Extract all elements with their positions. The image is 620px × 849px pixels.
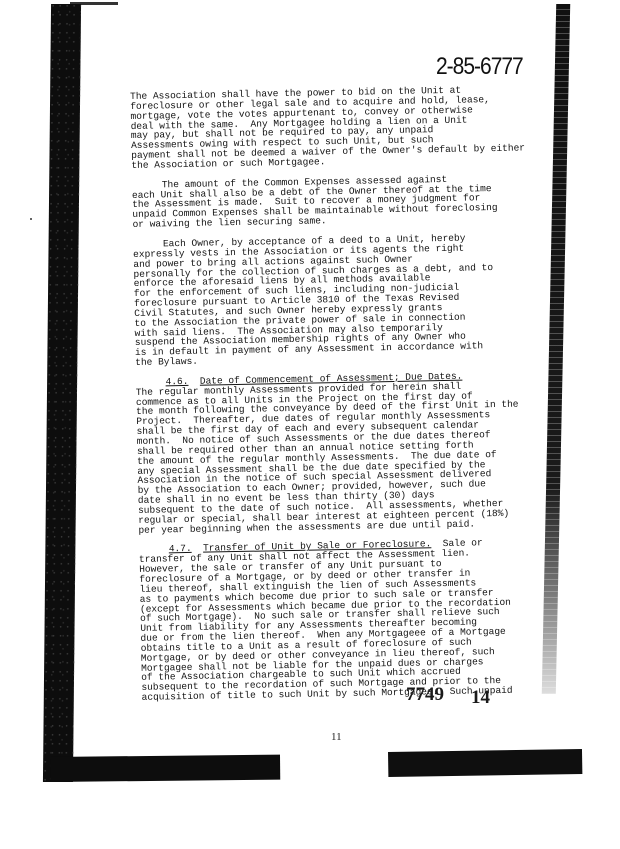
- scan-speck: [30, 218, 32, 220]
- document-number: 2-85-6777: [436, 53, 523, 81]
- scan-border-left: [43, 4, 81, 782]
- recording-stamp-number: 7749: [406, 684, 444, 706]
- scan-border-bottom-left: [50, 755, 280, 782]
- paragraph-section-4-7: 4.7. Transfer of Unit by Sale or Foreclo…: [139, 537, 562, 703]
- page-number: 11: [331, 731, 342, 743]
- paragraph-owner-vests: Each Owner, by acceptance of a deed to a…: [133, 232, 555, 368]
- paragraph-power-to-bid: The Association shall have the power to …: [130, 84, 551, 171]
- recording-stamp-page: 14: [471, 687, 490, 709]
- paragraph-section-4-6: 4.6. Date of Commencement of Assessment;…: [135, 370, 558, 536]
- scan-border-bottom-right: [388, 749, 582, 777]
- document-body: The Association shall have the power to …: [130, 84, 562, 713]
- paragraph-common-expenses: The amount of the Common Expenses assess…: [132, 173, 553, 230]
